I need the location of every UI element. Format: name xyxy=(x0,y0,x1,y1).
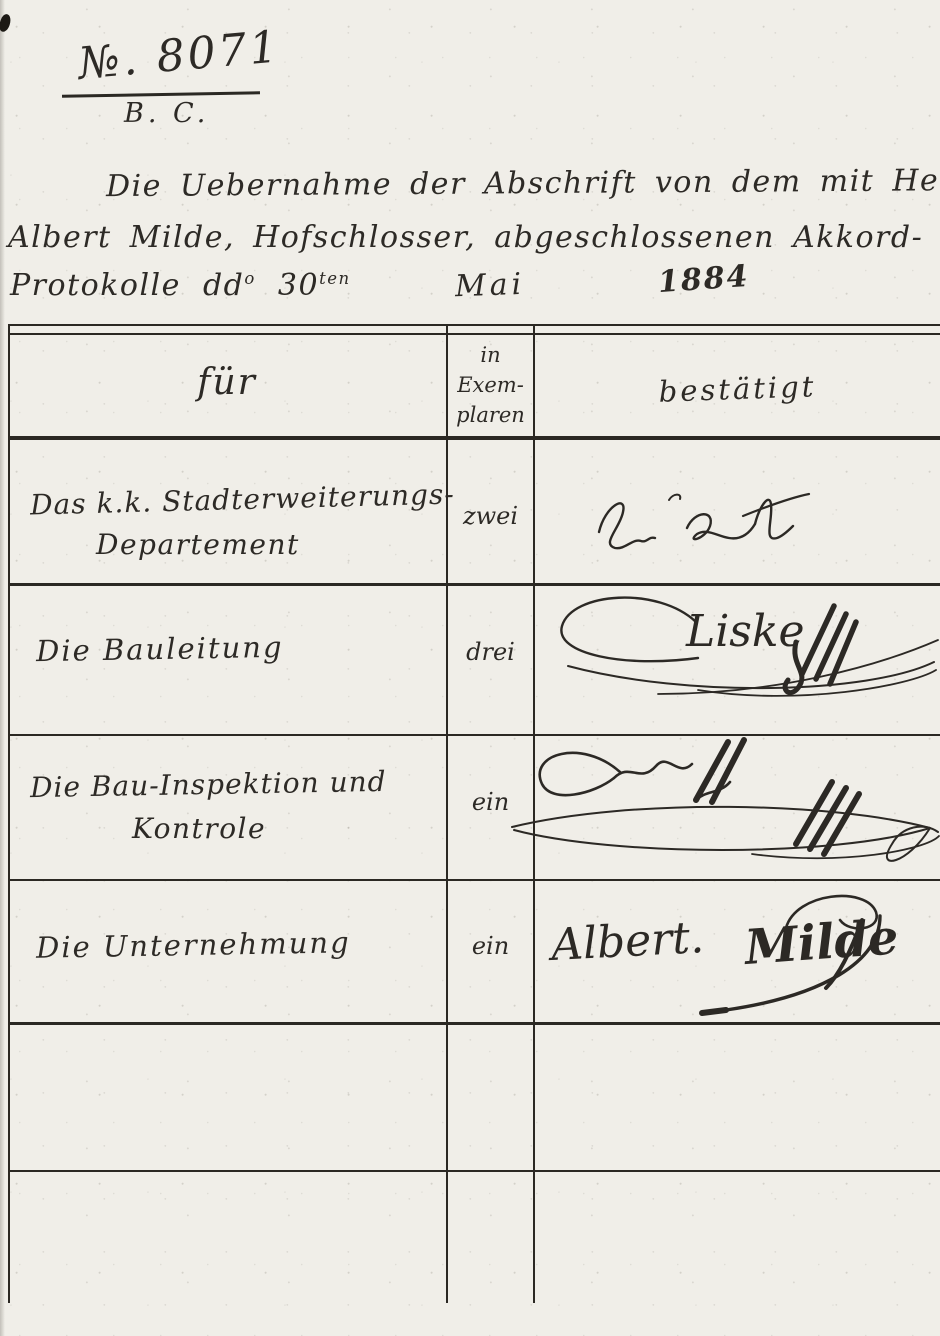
intro-month: Mai xyxy=(454,267,525,304)
recipient-cell-line2: Kontrole xyxy=(132,812,266,845)
table-border-row4 xyxy=(8,1022,940,1025)
table-border-top-outer xyxy=(8,324,940,326)
copies-cell: drei xyxy=(446,638,535,666)
intro-protokolle: Protokolle xyxy=(10,268,181,303)
signature-row3 xyxy=(502,732,940,878)
copies-cell: ein xyxy=(446,932,535,960)
intro-dd-sup: o xyxy=(244,269,255,288)
header-copies-line2: Exem- xyxy=(446,370,535,400)
scan-edge-shadow xyxy=(0,0,5,1336)
signature-row1 xyxy=(583,486,823,560)
signature-first-name: Albert. xyxy=(546,912,705,971)
header-col-confirmed: bestätigt xyxy=(535,365,940,413)
table-border-row5 xyxy=(8,1170,940,1172)
reference-underline xyxy=(62,91,260,97)
header-col-for: für xyxy=(0,362,454,403)
header-copies-line3: plaren xyxy=(446,400,535,430)
recipient-cell: Die Unternehmung xyxy=(36,925,351,964)
recipient-cell: Die Bau-Inspektion und xyxy=(30,765,387,804)
header-copies-line1: in xyxy=(446,340,535,370)
intro-day: 30 xyxy=(278,268,319,303)
intro-line-3: Protokolle ddo 30ten xyxy=(10,268,351,303)
intro-year: 1884 xyxy=(657,259,751,300)
table-border-header-bottom xyxy=(8,436,940,440)
table-border-left xyxy=(8,324,10,1303)
intro-dd: dd xyxy=(203,268,244,303)
header-col-copies: in Exem- plaren xyxy=(446,340,535,430)
signature-row2: Liske xyxy=(538,582,940,720)
recipient-cell-line2: Departement xyxy=(96,528,300,561)
scan-artifact xyxy=(0,13,13,33)
reference-sub-label: B. C. xyxy=(124,98,209,129)
recipient-cell: Das k.k. Stadterweiterungs- xyxy=(30,477,456,521)
signature-row4: Albert. Milde xyxy=(550,884,922,1020)
table-border-row3 xyxy=(8,879,940,881)
reference-number: №. 8071 xyxy=(76,21,282,89)
intro-line-1: Die Uebernahme der Abschrift von dem mit… xyxy=(106,163,940,204)
intro-line-2: Albert Milde, Hofschlosser, abgeschlosse… xyxy=(8,220,923,255)
table-border-top-inner xyxy=(8,333,940,335)
intro-day-sup: ten xyxy=(319,269,351,288)
scanned-document-page: №. 8071 B. C. Die Uebernahme der Abschri… xyxy=(0,0,940,1336)
recipient-cell: Die Bauleitung xyxy=(36,630,284,668)
copies-cell: zwei xyxy=(446,502,535,530)
signature-name: Liske xyxy=(685,606,805,657)
